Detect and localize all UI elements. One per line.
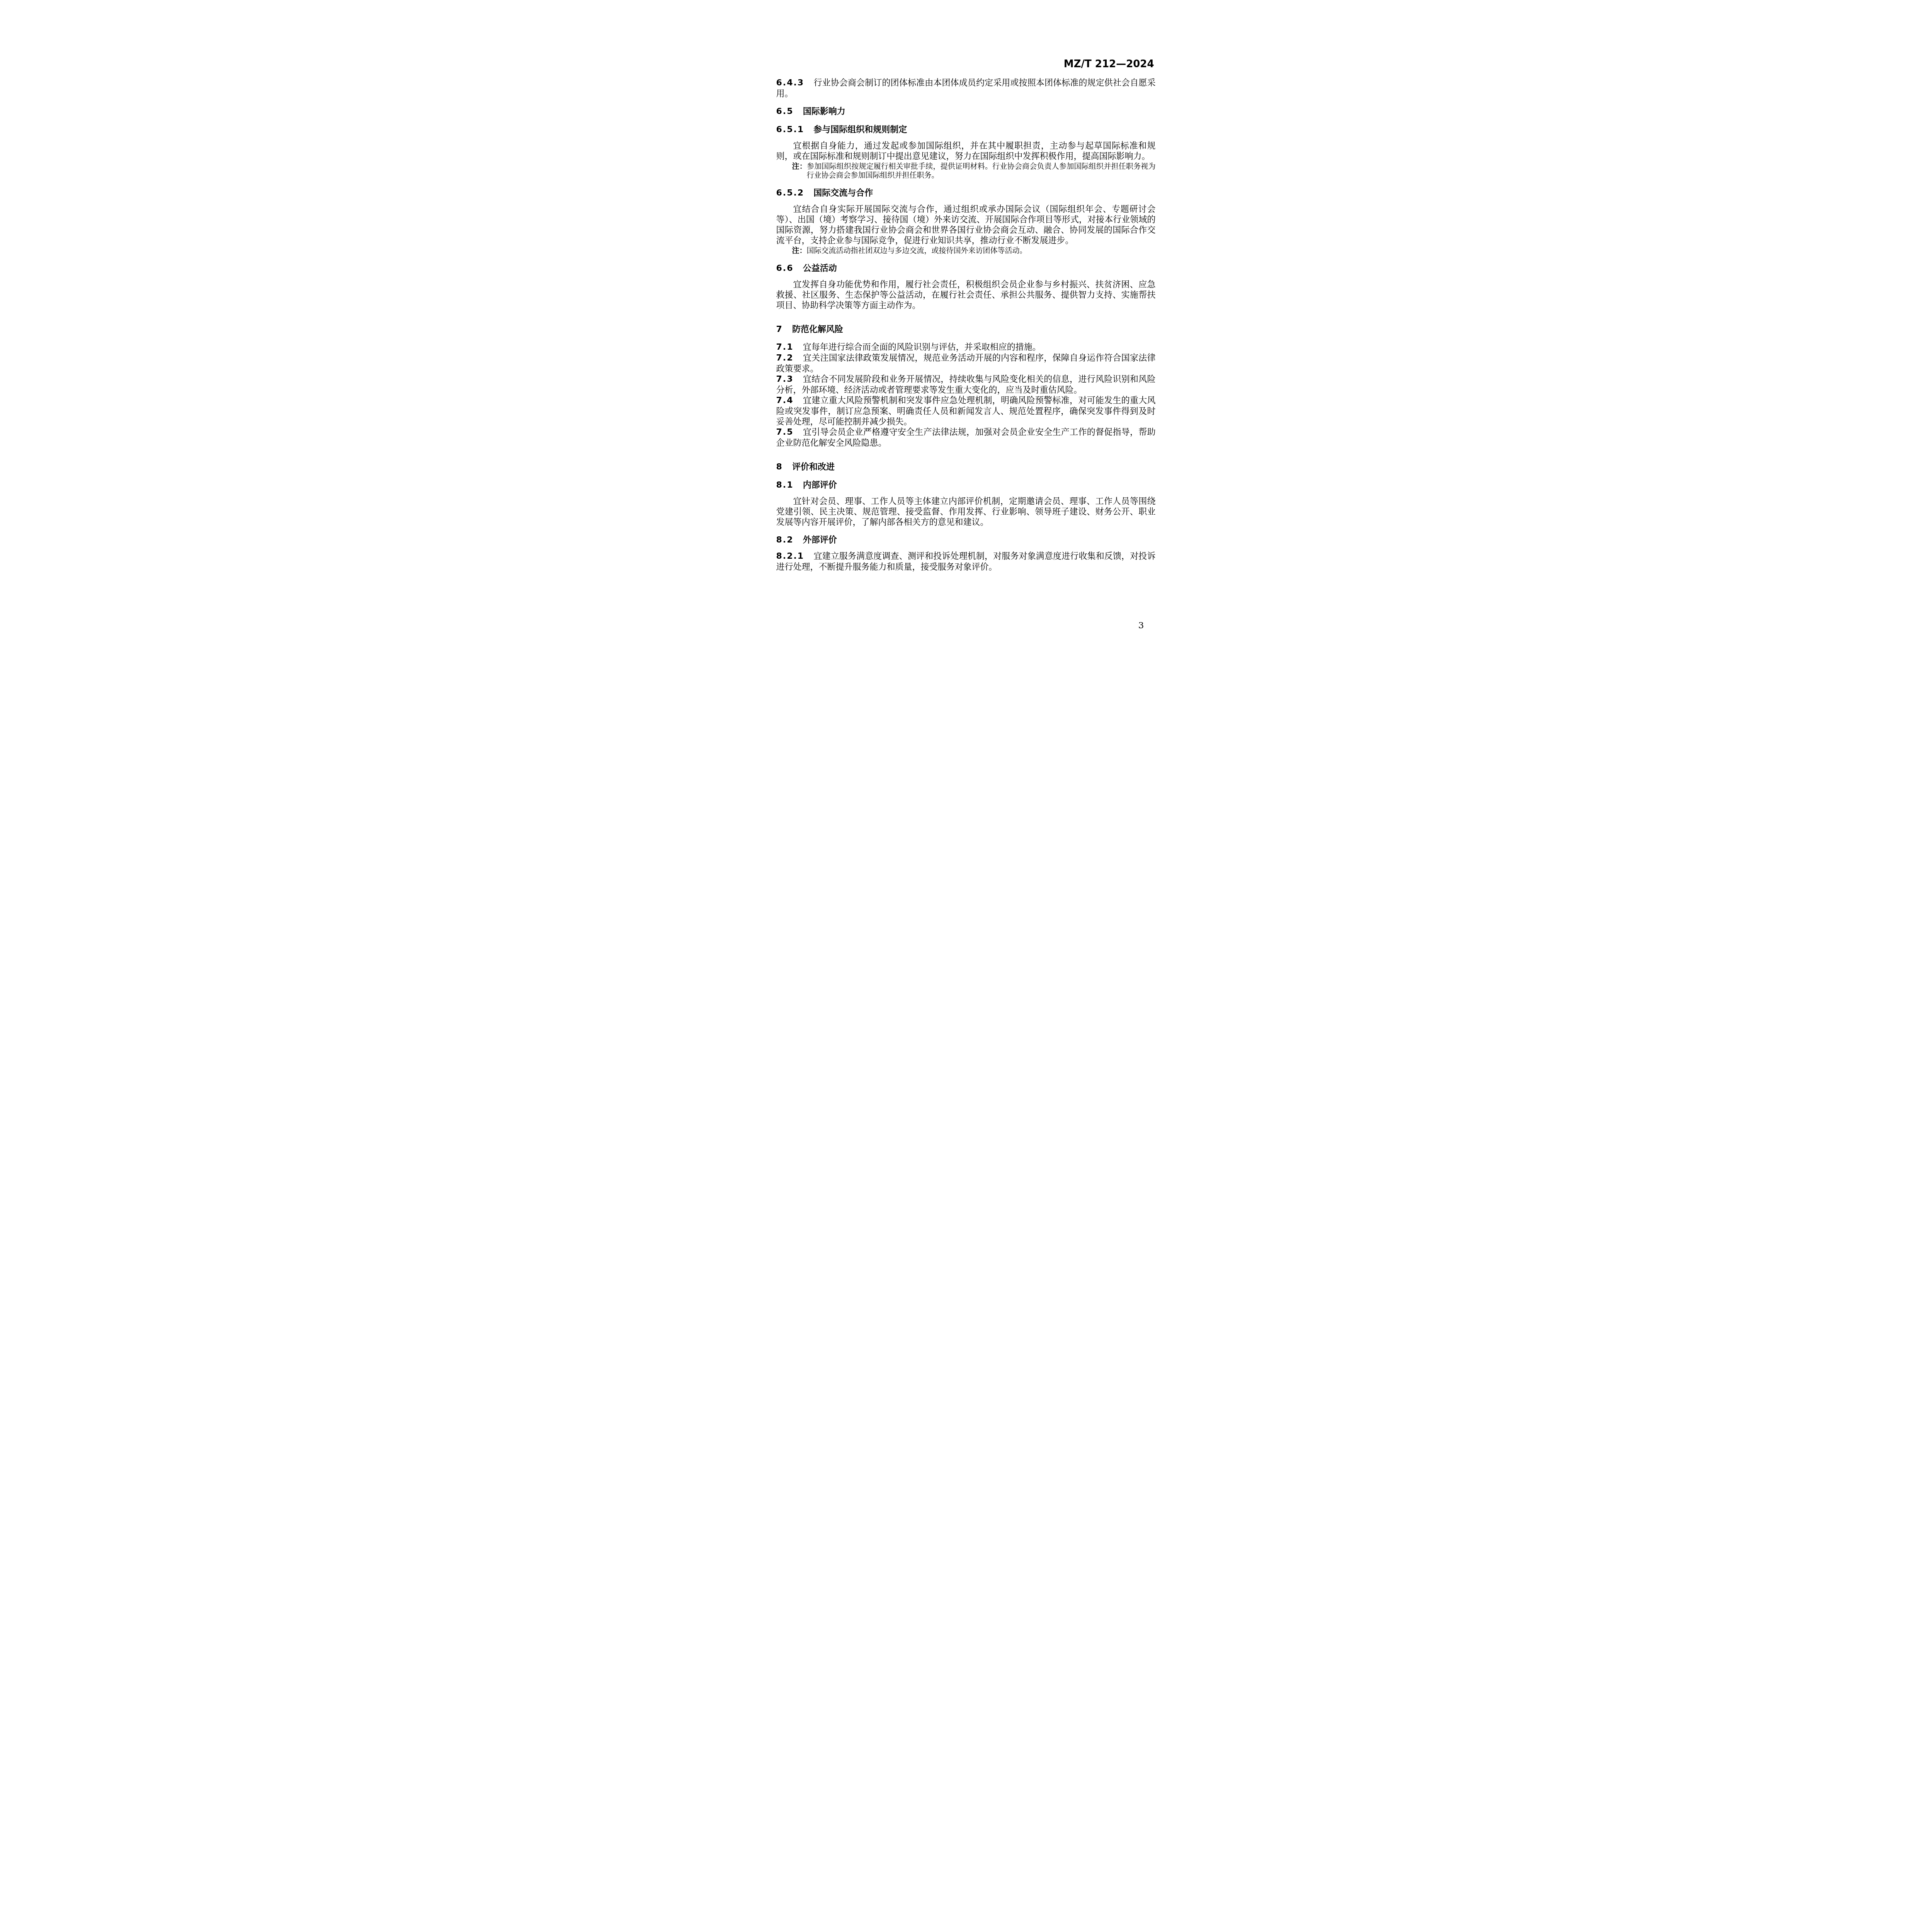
note-label: 注： [792, 162, 807, 171]
standard-number-header: MZ/T 212—2024 [1064, 59, 1154, 69]
clause-number: 6.4.3 [776, 78, 805, 88]
paragraph-9: 宜发挥自身功能优势和作用，履行社会责任，积极组织会员企业参与乡村振兴、扶贫济困、… [776, 279, 1156, 310]
heading1-7: 7防范化解风险 [776, 324, 1156, 335]
clause-number: 7.3 [776, 374, 794, 384]
clause-number: 6.5 [776, 107, 794, 116]
heading-title: 国际影响力 [803, 107, 845, 116]
heading-title: 参与国际组织和规则制定 [813, 125, 907, 134]
note-7: 注：国际交流活动指社团双边与多边交流，或接待国外来访团体等活动。 [776, 247, 1156, 255]
heading2-8.1: 8.1内部评价 [776, 480, 1156, 490]
clause-number: 8.1 [776, 480, 794, 490]
paragraph-3: 宜根据自身能力，通过发起或参加国际组织，并在其中履职担责，主动参与起草国际标准和… [776, 140, 1156, 161]
heading3-6.5.1: 6.5.1参与国际组织和规则制定 [776, 124, 1156, 135]
clause-number: 6.6 [776, 264, 794, 273]
heading-title: 公益活动 [803, 264, 837, 273]
clause-number: 7.4 [776, 396, 794, 405]
note-label: 注： [792, 247, 807, 255]
clause-number: 7 [776, 325, 783, 334]
clause-6.4.3: 6.4.3行业协会商会制订的团体标准由本团体成员约定采用或按照本团体标准的规定供… [776, 77, 1156, 99]
clause-text: 宜建立服务满意度调查、测评和投诉处理机制，对服务对象满意度进行收集和反馈，对投诉… [776, 551, 1156, 571]
paragraph-18: 宜针对会员、理事、工作人员等主体建立内部评价机制，定期邀请会员、理事、工作人员等… [776, 496, 1156, 527]
note-text: 国际交流活动指社团双边与多边交流，或接待国外来访团体等活动。 [807, 247, 1027, 255]
document-page: MZ/T 212—2024 6.4.3行业协会商会制订的团体标准由本团体成员约定… [719, 0, 1198, 678]
heading2-6.6: 6.6公益活动 [776, 263, 1156, 274]
clause-number: 8.2 [776, 535, 794, 545]
clause-text: 宜结合不同发展阶段和业务开展情况，持续收集与风险变化相关的信息，进行风险识别和风… [776, 374, 1156, 395]
heading-title: 国际交流与合作 [813, 188, 873, 198]
clause-text: 宜关注国家法律政策发展情况，规范业务活动开展的内容和程序，保障自身运作符合国家法… [776, 353, 1156, 373]
clause-7.3: 7.3宜结合不同发展阶段和业务开展情况，持续收集与风险变化相关的信息，进行风险识… [776, 374, 1156, 395]
heading-title: 内部评价 [803, 480, 837, 490]
clause-7.2: 7.2宜关注国家法律政策发展情况，规范业务活动开展的内容和程序，保障自身运作符合… [776, 352, 1156, 374]
clause-number: 8 [776, 462, 783, 472]
paragraph-6: 宜结合自身实际开展国际交流与合作，通过组织或承办国际会议（国际组织年会、专题研讨… [776, 204, 1156, 245]
clause-7.1: 7.1宜每年进行综合而全面的风险识别与评估，并采取相应的措施。 [776, 342, 1156, 352]
clause-8.2.1: 8.2.1宜建立服务满意度调查、测评和投诉处理机制，对服务对象满意度进行收集和反… [776, 551, 1156, 572]
note-4: 注：参加国际组织按规定履行相关审批手续，提供证明材料。行业协会商会负责人参加国际… [776, 162, 1156, 180]
clause-7.4: 7.4宜建立重大风险预警机制和突发事件应急处理机制，明确风险预警标准，对可能发生… [776, 395, 1156, 427]
clause-number: 6.5.2 [776, 188, 805, 198]
clause-text: 宜引导会员企业严格遵守安全生产法律法规，加强对会员企业安全生产工作的督促指导，帮… [776, 427, 1156, 447]
page-number: 3 [1138, 621, 1144, 631]
heading-title: 防范化解风险 [792, 325, 843, 334]
content: 6.4.3行业协会商会制订的团体标准由本团体成员约定采用或按照本团体标准的规定供… [776, 77, 1156, 572]
clause-text: 宜建立重大风险预警机制和突发事件应急处理机制，明确风险预警标准，对可能发生的重大… [776, 395, 1156, 426]
clause-7.5: 7.5宜引导会员企业严格遵守安全生产法律法规，加强对会员企业安全生产工作的督促指… [776, 427, 1156, 448]
heading-title: 外部评价 [803, 535, 837, 545]
heading-title: 评价和改进 [792, 462, 835, 472]
clause-number: 8.2.1 [776, 551, 805, 561]
clause-number: 7.2 [776, 353, 794, 363]
clause-text: 宜每年进行综合而全面的风险识别与评估，并采取相应的措施。 [803, 342, 1041, 352]
heading2-8.2: 8.2外部评价 [776, 535, 1156, 545]
clause-number: 7.5 [776, 427, 794, 437]
clause-number: 6.5.1 [776, 125, 805, 134]
heading3-6.5.2: 6.5.2国际交流与合作 [776, 188, 1156, 198]
note-text: 参加国际组织按规定履行相关审批手续，提供证明材料。行业协会商会负责人参加国际组织… [807, 163, 1156, 180]
heading1-8: 8评价和改进 [776, 462, 1156, 472]
clause-number: 7.1 [776, 342, 794, 352]
clause-text: 行业协会商会制订的团体标准由本团体成员约定采用或按照本团体标准的规定供社会自愿采… [776, 78, 1156, 98]
heading2-6.5: 6.5国际影响力 [776, 106, 1156, 117]
